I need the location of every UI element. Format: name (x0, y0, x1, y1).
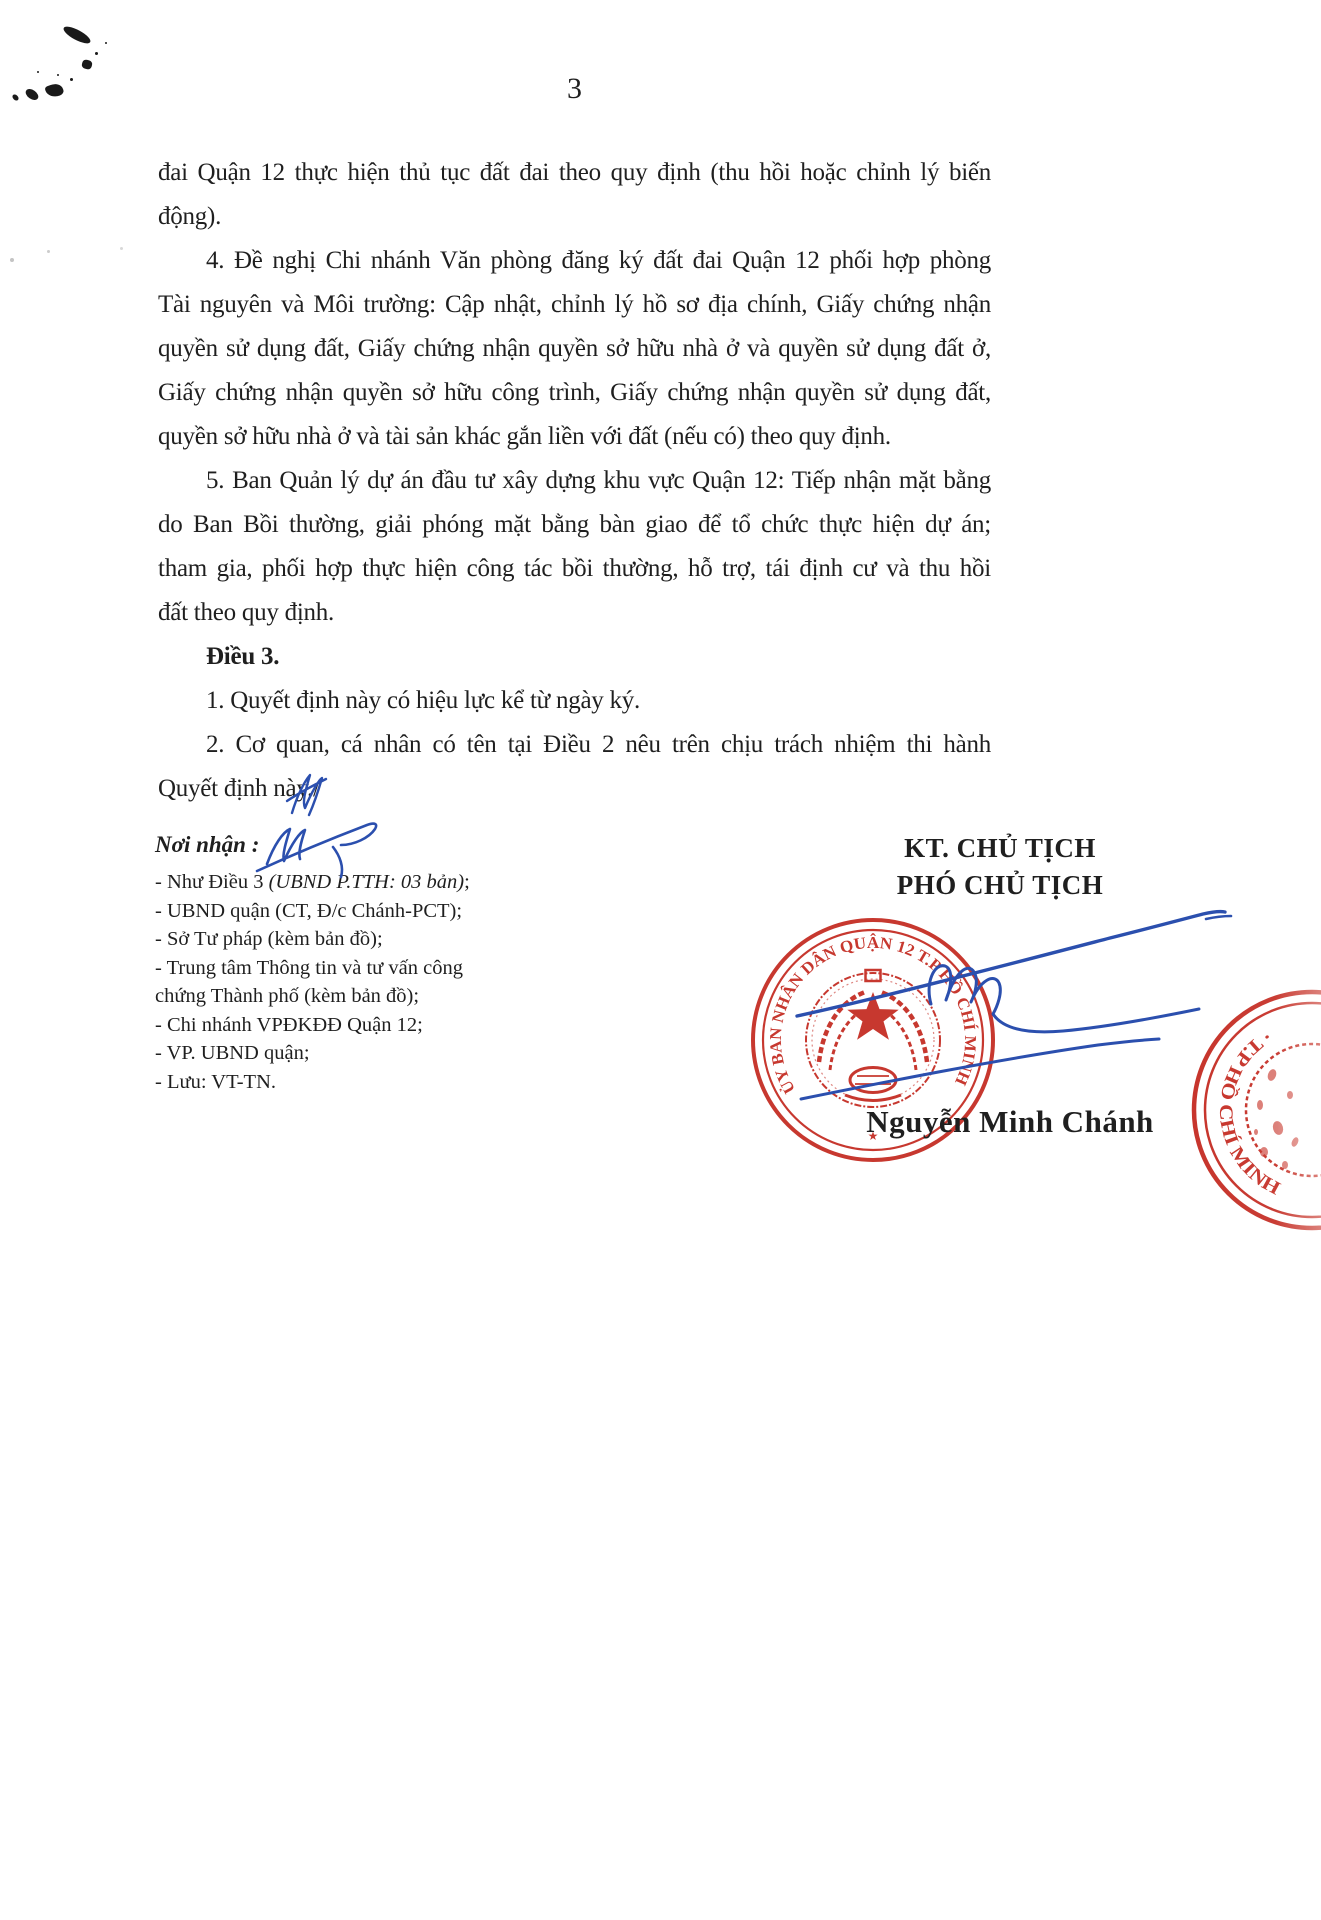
notes-label: Nơi nhận : (155, 832, 515, 868)
note-segment-italic: (UBND P.TTH: 03 bản) (269, 871, 465, 893)
ink-speck (57, 74, 59, 76)
signer-title-line1: KT. CHỦ TỊCH (820, 830, 1180, 867)
body-line: đai Quận 12 thực hiện thủ tục đất đai th… (158, 151, 991, 195)
emblem-cog (850, 1068, 896, 1093)
body-line: do Ban Bồi thường, giải phóng mặt bằng b… (158, 503, 991, 547)
body-paragraph: 1. Quyết định này có hiệu lực kể từ ngày… (158, 679, 991, 723)
body-line: 1. Quyết định này có hiệu lực kể từ ngày… (158, 679, 991, 723)
ink-smudge (24, 87, 41, 102)
note-segment: - UBND quận (CT, Đ/c Chánh-PCT); (155, 900, 462, 922)
body-line: quyền sở hữu nhà ở và tài sản khác gắn l… (158, 415, 991, 459)
body-line: động). (158, 195, 991, 239)
body-line: đất theo quy định. (158, 591, 991, 635)
notes-items: - Như Điều 3 (UBND P.TTH: 03 bản);- UBND… (155, 868, 515, 1096)
page-sheet: 3 đai Quận 12 thực hiện thủ tục đất đai … (0, 0, 1321, 1920)
body-paragraph: 2. Cơ quan, cá nhân có tên tại Điều 2 nê… (158, 723, 991, 811)
note-item-line: - Chi nhánh VPĐKĐĐ Quận 12; (155, 1011, 515, 1040)
note-segment: - Như Điều 3 (155, 871, 269, 893)
note-item-line: - Sở Tư pháp (kèm bản đồ); (155, 925, 515, 954)
note-item-line: - UBND quận (CT, Đ/c Chánh-PCT); (155, 897, 515, 926)
ink-smudge (61, 24, 92, 47)
body-line: Giấy chứng nhận quyền sở hữu công trình,… (158, 371, 991, 415)
ink-speck (70, 78, 73, 81)
scan-speck (10, 258, 14, 262)
body-line: 5. Ban Quản lý dự án đầu tư xây dựng khu… (158, 459, 991, 503)
document-body: đai Quận 12 thực hiện thủ tục đất đai th… (158, 151, 991, 811)
note-segment: - Trung tâm Thông tin và tư vấn công (155, 957, 463, 979)
scan-speck (120, 247, 123, 250)
signature-block-titles: KT. CHỦ TỊCH PHÓ CHỦ TỊCH (820, 830, 1180, 904)
body-line: Tài nguyên và Môi trường: Cập nhật, chỉn… (158, 283, 991, 327)
ink-speck (95, 52, 98, 55)
emblem-banner (845, 1095, 901, 1101)
body-line: 4. Đề nghị Chi nhánh Văn phòng đăng ký đ… (158, 239, 991, 283)
note-item-line: - Như Điều 3 (UBND P.TTH: 03 bản); (155, 868, 515, 897)
body-line: quyền sử dụng đất, Giấy chứng nhận quyền… (158, 327, 991, 371)
body-paragraph: Điều 3. (158, 635, 991, 679)
note-segment: - VP. UBND quận; (155, 1042, 310, 1064)
body-line: Quyết định này./ (158, 767, 991, 811)
signer-name: Nguyễn Minh Chánh (840, 1104, 1180, 1140)
emblem-wreath-right (881, 992, 927, 1062)
body-paragraph: 5. Ban Quản lý dự án đầu tư xây dựng khu… (158, 459, 991, 635)
note-segment: - Chi nhánh VPĐKĐĐ Quận 12; (155, 1014, 423, 1036)
ink-smudge (11, 93, 19, 101)
ink-smudge (81, 59, 93, 70)
emblem-wreath-left (819, 992, 865, 1062)
body-line: Điều 3. (158, 635, 991, 679)
note-item-line: - Trung tâm Thông tin và tư vấn công (155, 954, 515, 983)
page-number: 3 (158, 72, 991, 106)
edge-seal-emblem-ring (1246, 1044, 1321, 1176)
ink-speck (37, 71, 39, 73)
signer-title-line2: PHÓ CHỦ TỊCH (820, 867, 1180, 904)
note-segment: chứng Thành phố (kèm bản đồ); (155, 985, 419, 1007)
note-item-line: - Lưu: VT-TN. (155, 1068, 515, 1097)
note-segment: - Sở Tư pháp (kèm bản đồ); (155, 928, 383, 950)
note-item-line: chứng Thành phố (kèm bản đồ); (155, 982, 515, 1011)
body-paragraph: 4. Đề nghị Chi nhánh Văn phòng đăng ký đ… (158, 239, 991, 459)
ink-smudge (44, 81, 64, 99)
note-item-line: - VP. UBND quận; (155, 1039, 515, 1068)
note-segment: - Lưu: VT-TN. (155, 1071, 276, 1093)
scan-speck (47, 250, 50, 253)
notes-block: Nơi nhận : - Như Điều 3 (UBND P.TTH: 03 … (155, 832, 515, 1096)
edge-seal-outer-ring (1194, 992, 1321, 1228)
body-paragraph: đai Quận 12 thực hiện thủ tục đất đai th… (158, 151, 991, 239)
body-line: 2. Cơ quan, cá nhân có tên tại Điều 2 nê… (158, 723, 991, 767)
edge-seal-emblem-speckles (1254, 1068, 1300, 1169)
note-segment: ; (464, 871, 470, 893)
ink-speck (105, 42, 107, 44)
edge-seal: · T.P HỒ CHÍ MINH (1160, 870, 1321, 1360)
national-emblem (806, 970, 940, 1107)
body-line: tham gia, phối hợp thực hiện công tác bồ… (158, 547, 991, 591)
